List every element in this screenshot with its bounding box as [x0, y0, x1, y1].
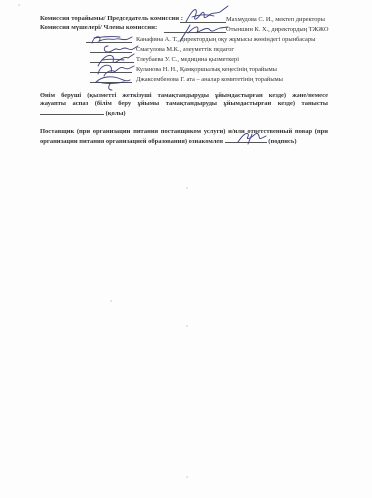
- member-name-2: Канафина А. Т., директордың оқу жұмысы ж…: [136, 36, 315, 43]
- scanned-document-page: Комиссия торайымы/ Председатель комиссии…: [0, 0, 372, 498]
- member-name-4: Тлеубаева У. С., медицина қызметкері: [136, 56, 239, 63]
- scan-speck: [186, 187, 188, 189]
- kazakh-signature-blank: [40, 108, 104, 115]
- kazakh-paragraph-line-1: Өнім беруші (қызметті жеткізуші тамақтан…: [40, 92, 328, 100]
- member-signature-6: [90, 70, 136, 92]
- member-name-1: Отыншин К. Х., директордың ТЖЖО: [226, 26, 328, 33]
- member-name-6: Джаксембенова Г. ата – аналар комитетіні…: [136, 76, 283, 83]
- scan-speck: [186, 476, 188, 478]
- member-name-5: Куланова Н. Н., Қамқоршылық кеңесінің то…: [136, 66, 277, 73]
- scan-speck: [18, 4, 20, 6]
- russian-signature-caption: (подпись): [268, 138, 296, 145]
- supplier-signature: [234, 128, 268, 146]
- scan-speck: [110, 300, 112, 302]
- russian-paragraph-line-2-text: организации питания организацией образов…: [40, 138, 223, 145]
- kazakh-acknowledgement-paragraph: Өнім беруші (қызметті жеткізуші тамақтан…: [40, 92, 328, 119]
- russian-paragraph-line-2: организации питания организацией образов…: [40, 136, 328, 146]
- chairman-label: Комиссия торайымы/ Председатель комиссии…: [40, 15, 183, 22]
- chairman-name: Махмудова С. И., мектеп директоры: [226, 16, 325, 23]
- members-label: Комиссия мүшелері/ Члены комиссии:: [40, 24, 157, 31]
- russian-paragraph-line-1: Поставщик (при организации питания поста…: [40, 128, 328, 136]
- russian-acknowledgement-paragraph: Поставщик (при организации питания поста…: [40, 128, 328, 146]
- kazakh-paragraph-line-3: (қолы): [40, 108, 328, 118]
- kazakh-signature-caption: (қолы): [106, 110, 126, 117]
- scan-speck: [186, 325, 188, 327]
- kazakh-paragraph-line-2: жауапты аспаз (білім беру ұйымы тамақтан…: [40, 100, 328, 108]
- member-name-3: Смагулова М.К., әлеуметтік педагог: [136, 46, 234, 53]
